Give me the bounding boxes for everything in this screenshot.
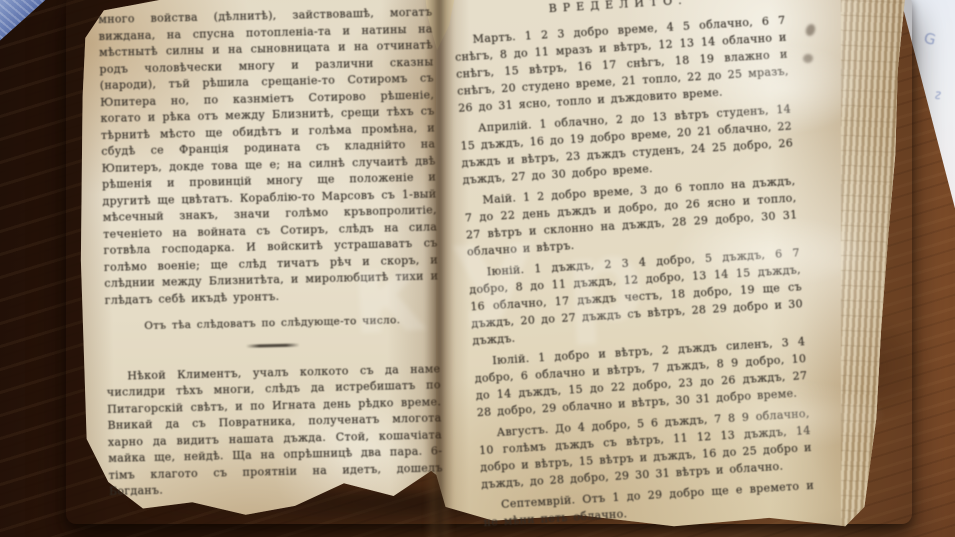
section-divider-rule — [246, 343, 300, 347]
right-page-text: ВРЕДЕЛИТО. Мартъ. 1 2 3 добро време, 4 5… — [452, 0, 816, 535]
pen-scribble-mark: G — [922, 29, 938, 49]
left-page-paragraph-2: Нѣкой Климентъ, учалъ колкото съ да наме… — [106, 361, 443, 501]
month-forecast-paragraph: Іюній. 1 дъждъ, 2 3 4 добро, 5 дъждъ, 6 … — [468, 244, 805, 349]
pen-scribble-mark: ∿ — [929, 88, 947, 103]
pen-scribble-mark: ﹏ — [925, 173, 948, 195]
left-page-paragraph-1: много войства (дѣлнитѣ), зайствовашѣ, мо… — [98, 4, 439, 309]
photo-of-open-antique-book: G∿﹏ много войства (дѣлнитѣ), зайствовашѣ… — [0, 0, 955, 537]
right-page-month-forecasts: Мартъ. 1 2 3 добро време, 4 5 облачно, 6… — [454, 12, 816, 531]
left-page-text: много войства (дѣлнитѣ), зайствовашѣ, мо… — [98, 0, 443, 500]
left-page-closing-line: Отъ тѣа слѣдоватъ по слѣдующе-то число. — [105, 311, 439, 335]
month-forecast-paragraph: Мартъ. 1 2 3 добро време, 4 5 облачно, 6… — [454, 12, 791, 117]
blue-fabric-corner — [0, 0, 60, 48]
